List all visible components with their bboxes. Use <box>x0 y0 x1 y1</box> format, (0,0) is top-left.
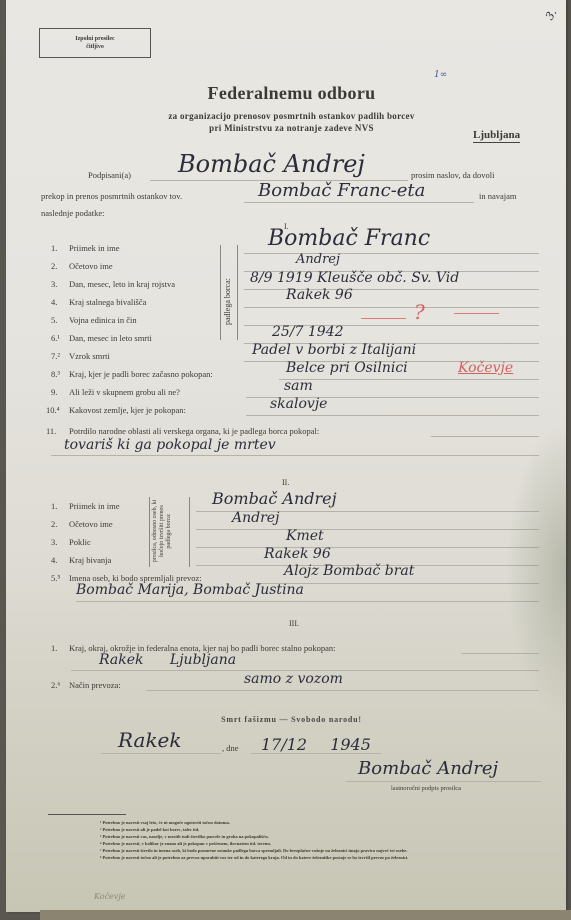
footnote-4: ⁴ Potrebno je navesti, v kolikor je znan… <box>50 840 550 847</box>
form-page: Izpolni prosilec čitljivo 3. 1∞ Federaln… <box>6 0 566 912</box>
field-label: Priimek in ime <box>69 501 120 511</box>
form-subtitle-line1: za organizacijo prenosov posmrtnih ostan… <box>6 111 571 121</box>
signed-value: Bombač Andrej <box>178 150 365 178</box>
field-label: Kakovost zemlje, kjer je pokopan: <box>69 405 186 415</box>
section-1-side-label: padlega borca: <box>223 278 232 325</box>
following-label: naslednje podatke: <box>41 208 105 218</box>
field-value: sam <box>284 378 313 394</box>
field-value: Rakek 96 <box>286 287 353 303</box>
transfer-label: prekop in prenos posmrtnih ostankov tov. <box>41 191 182 201</box>
field-label: Potrdilo narodne oblasti ali verskega or… <box>69 426 319 436</box>
field-value: Rakek Ljubljana <box>99 652 236 668</box>
signature-caption: lastnoročni podpis prosilca <box>391 785 461 792</box>
applicant-signature: Bombač Andrej <box>358 758 498 779</box>
field-label: Dan, mesec in leto smrti <box>69 333 152 343</box>
footnote-1: ¹ Potrebno je navesti vsaj leto, če ni m… <box>50 819 550 826</box>
fill-instruction-line2: čitljivo <box>40 43 150 51</box>
slogan: Smrt fašizmu — Svobodo narodu! <box>6 715 571 724</box>
field-value: Bombač Franc <box>268 226 430 251</box>
transfer-suffix: in navajam <box>479 191 517 201</box>
field-label: Dan, mesec, leto in kraj rojstva <box>69 279 175 289</box>
transfer-value: Bombač Franc-eta <box>258 180 425 201</box>
field-value: 8/9 1919 Kleušče obč. Sv. Vid <box>250 270 459 286</box>
field-value: samo z vozom <box>244 671 343 687</box>
field-label: Poklic <box>69 537 91 547</box>
blue-ink-mark: 1∞ <box>434 70 447 80</box>
form-title: Federalnemu odboru <box>6 83 571 104</box>
fill-instruction-line1: Izpolni prosilec <box>40 35 150 43</box>
section-3-heading: III. <box>289 619 299 628</box>
footnotes: ¹ Potrebno je navesti vsaj leto, če ni m… <box>50 819 550 861</box>
field-label: Vojna edinica in čin <box>69 315 137 325</box>
request-text: prosim naslov, da dovoli <box>411 170 495 180</box>
date-label: , dne <box>222 743 239 753</box>
field-label: Očetovo ime <box>69 261 113 271</box>
red-question-mark: ? <box>414 300 425 324</box>
date-value: 17/12 1945 <box>261 735 371 754</box>
addressee-city: Ljubljana <box>473 129 520 143</box>
underlying-sheet <box>40 910 571 920</box>
field-value: Padel v borbi z Italijani <box>252 342 416 358</box>
field-label: Vzrok smrti <box>69 351 110 361</box>
field-value-red-annotation: Kočevje <box>458 360 513 376</box>
field-value: Andrej <box>296 252 340 267</box>
corner-page-mark: 3. <box>543 7 560 23</box>
field-label: Očetovo ime <box>69 519 113 529</box>
footnote-5: ⁵ Potrebno je navesti število in imena o… <box>50 847 550 854</box>
section-2-heading: II. <box>282 478 289 487</box>
field-label: Kraj stalnega bivališča <box>69 297 146 307</box>
field-value: Kmet <box>286 528 324 544</box>
field-value-line2: Bombač Marija, Bombač Justina <box>76 582 304 598</box>
field-value: skalovje <box>270 396 327 412</box>
field-label: Kraj, kjer je padli borec začasno pokopa… <box>69 369 213 379</box>
field-value: Andrej <box>232 510 279 526</box>
footnote-2: ² Potrebno je navesti ali je padel kot b… <box>50 826 550 833</box>
field-value: Belce pri Osilnici <box>286 360 408 376</box>
footnote-6: ⁶ Potrebno je navesti točno ali je potre… <box>50 854 550 861</box>
field-label: Priimek in ime <box>69 243 120 253</box>
field-label: Kraj bivanja <box>69 555 111 565</box>
fill-instruction-box: Izpolni prosilec čitljivo <box>39 28 151 58</box>
footnote-3: ³ Potrebno je navesti vas, naselje, v me… <box>50 833 550 840</box>
field-value: tovariš ki ga pokopal je mrtev <box>64 437 276 453</box>
pencil-note: Kočevje <box>94 892 126 901</box>
field-value: 25/7 1942 <box>272 324 344 340</box>
field-value: Rakek 96 <box>264 546 331 562</box>
field-label: Ali leži v skupnem grobu ali ne? <box>69 387 180 397</box>
signed-label: Podpisani(a) <box>88 170 131 180</box>
place-value: Rakek <box>118 728 182 752</box>
field-value: Alojz Bombač brat <box>284 563 414 579</box>
section-2-side-label: prosilca, odnosno oseb, ki hočejo izvrši… <box>152 499 173 563</box>
field-label: Način prevoza: <box>69 680 121 690</box>
field-value: Bombač Andrej <box>212 489 337 508</box>
